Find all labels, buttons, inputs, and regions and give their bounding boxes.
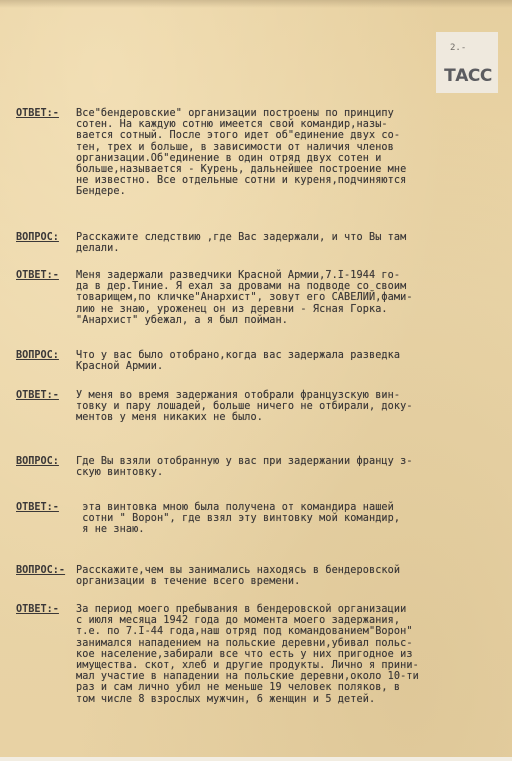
answer-label: ОТВЕТ:- (16, 108, 59, 119)
entry-text: Что у вас было отобрано,когда вас задерж… (76, 350, 486, 372)
entry-text: У меня во время задержания отобрали фран… (76, 390, 486, 424)
entry-text: Все"бендеровские" организации построены … (76, 108, 486, 198)
answer-label: ОТВЕТ:- (16, 502, 59, 513)
entry-text: Где Вы взяли отобранную у вас при задерж… (76, 456, 486, 478)
text-line: с июля месяца 1942 года до момента моего… (76, 615, 486, 626)
text-line: мал участие в нападении на польские дере… (76, 671, 486, 682)
text-line: да в дер.Тиние. Я ехал за дровами на под… (76, 281, 486, 292)
text-line: У меня во время задержания отобрали фран… (76, 390, 486, 401)
text-line: лию не знаю, уроженец он из деревни - Яс… (76, 304, 486, 315)
text-line: товарищем,по кличке"Анархист", зовут его… (76, 292, 486, 303)
question-label: ВОПРОС: (16, 456, 59, 467)
text-line: Все"бендеровские" организации построены … (76, 108, 486, 119)
text-line: не известно. Все отдельные сотни и курен… (76, 175, 486, 186)
text-line: т.е. по 7.I-44 года,наш отряд под команд… (76, 626, 486, 637)
text-line: эта винтовка мною была получена от коман… (76, 502, 486, 513)
entry-text: эта винтовка мною была получена от коман… (76, 502, 486, 536)
text-line: больше,называется - Курень, дальнейшее п… (76, 164, 486, 175)
text-line: товку и пару лошадей, больше ничего не о… (76, 401, 486, 412)
text-line: сотни " Ворон", где взял эту винтовку мо… (76, 513, 486, 524)
text-line: раз и сам лично убил не меньше 19 челове… (76, 682, 486, 693)
text-line: том числе 8 взрослых мужчин, 6 женщин и … (76, 694, 486, 705)
entry-text: Расскажите следствию ,где Вас задержали,… (76, 232, 486, 254)
page-number: 2.- (450, 43, 466, 53)
text-line: Бендере. (76, 186, 486, 197)
text-line: делали. (76, 243, 486, 254)
text-line: ментов у меня никаких не было. (76, 412, 486, 423)
entry-text: За период моего пребывания в бендеровско… (76, 604, 486, 705)
text-line: вается сотный. После этого идет об"едине… (76, 130, 486, 141)
text-line: Красной Армии. (76, 361, 486, 372)
text-line: Меня задержали разведчики Красной Армии,… (76, 270, 486, 281)
text-line: Расскажите,чем вы занимались находясь в … (76, 565, 486, 576)
entry-text: Меня задержали разведчики Красной Армии,… (76, 270, 486, 326)
text-line: имущества. скот, хлеб и другие продукты.… (76, 660, 486, 671)
text-line: Что у вас было отобрано,когда вас задерж… (76, 350, 486, 361)
text-line: кое население,забирали все что есть у ни… (76, 649, 486, 660)
question-label: ВОПРОС:- (16, 565, 65, 576)
text-line: Где Вы взяли отобранную у вас при задерж… (76, 456, 486, 467)
question-label: ВОПРОС: (16, 232, 59, 243)
text-line: сотен. На каждую сотню имеется свой кома… (76, 119, 486, 130)
page-bottom-edge (0, 757, 512, 761)
text-line: я не знаю. (76, 524, 486, 535)
page-top-shadow (0, 0, 512, 8)
text-line: Расскажите следствию ,где Вас задержали,… (76, 232, 486, 243)
text-line: "Анархист" убежал, а я был пойман. (76, 315, 486, 326)
text-line: скую винтовку. (76, 467, 486, 478)
text-line: занимался нападением на польские деревни… (76, 638, 486, 649)
answer-label: ОТВЕТ:- (16, 604, 59, 615)
document-page: 2.- ТАСС ОТВЕТ:-Все"бендеровские" органи… (0, 0, 512, 761)
text-line: организации в течение всего времени. (76, 576, 486, 587)
entry-text: Расскажите,чем вы занимались находясь в … (76, 565, 486, 587)
answer-label: ОТВЕТ:- (16, 270, 59, 281)
tass-logo: ТАСС (440, 66, 496, 86)
text-line: тен, трех и больше, в зависимости от нал… (76, 142, 486, 153)
text-line: За период моего пребывания в бендеровско… (76, 604, 486, 615)
question-label: ВОПРОС: (16, 350, 59, 361)
text-line: организации.Об"единение в один отряд дву… (76, 153, 486, 164)
answer-label: ОТВЕТ:- (16, 390, 59, 401)
